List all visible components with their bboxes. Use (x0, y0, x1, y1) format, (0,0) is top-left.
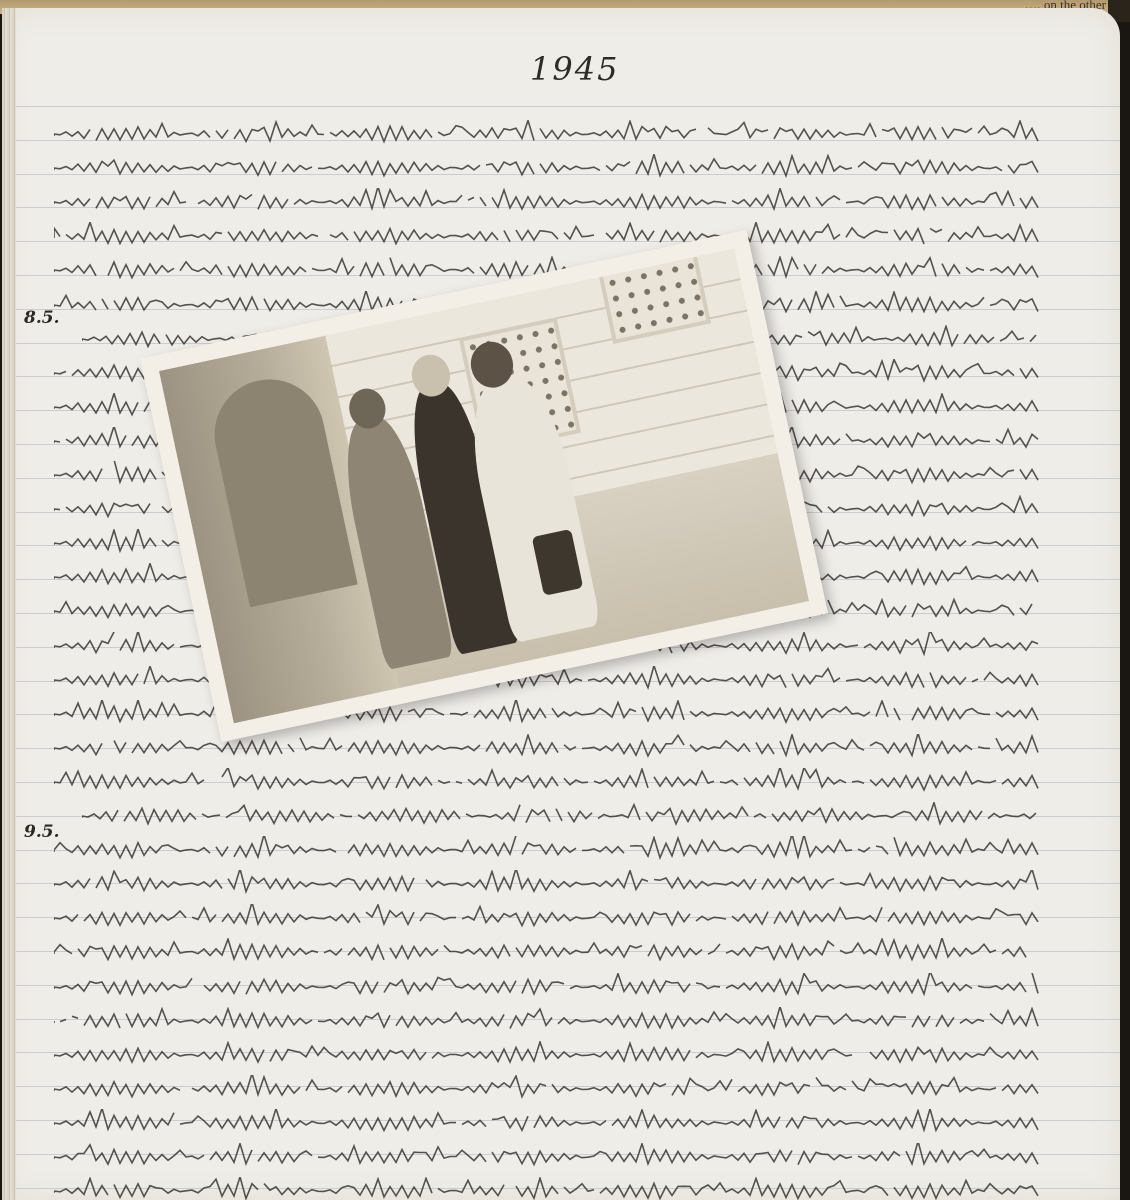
handwritten-line (82, 802, 1042, 828)
handwritten-line (54, 222, 1042, 248)
handwritten-line (54, 1177, 1042, 1200)
handwritten-line (54, 734, 1042, 760)
handwritten-line (54, 154, 1042, 180)
handwritten-line (54, 1109, 1042, 1135)
handwritten-line (54, 938, 1042, 964)
handwritten-line (54, 700, 1042, 726)
handwritten-line (54, 836, 1042, 862)
handwritten-line (54, 120, 1042, 146)
photo-arch (204, 369, 357, 607)
handwritten-line (54, 1143, 1042, 1169)
handwritten-line (54, 1007, 1042, 1033)
handwritten-line (54, 1075, 1042, 1101)
ruled-line (16, 106, 1120, 107)
page-year-heading: 1945 (530, 50, 619, 88)
diary-page: 1945 8.5. 9.5. (2, 8, 1120, 1200)
handwritten-line (54, 1041, 1042, 1067)
page-binding (2, 8, 16, 1200)
handwritten-line (54, 768, 1042, 794)
handwritten-line (54, 973, 1042, 999)
handwritten-line (54, 870, 1042, 896)
handwritten-line (54, 188, 1042, 214)
handwritten-line (54, 904, 1042, 930)
